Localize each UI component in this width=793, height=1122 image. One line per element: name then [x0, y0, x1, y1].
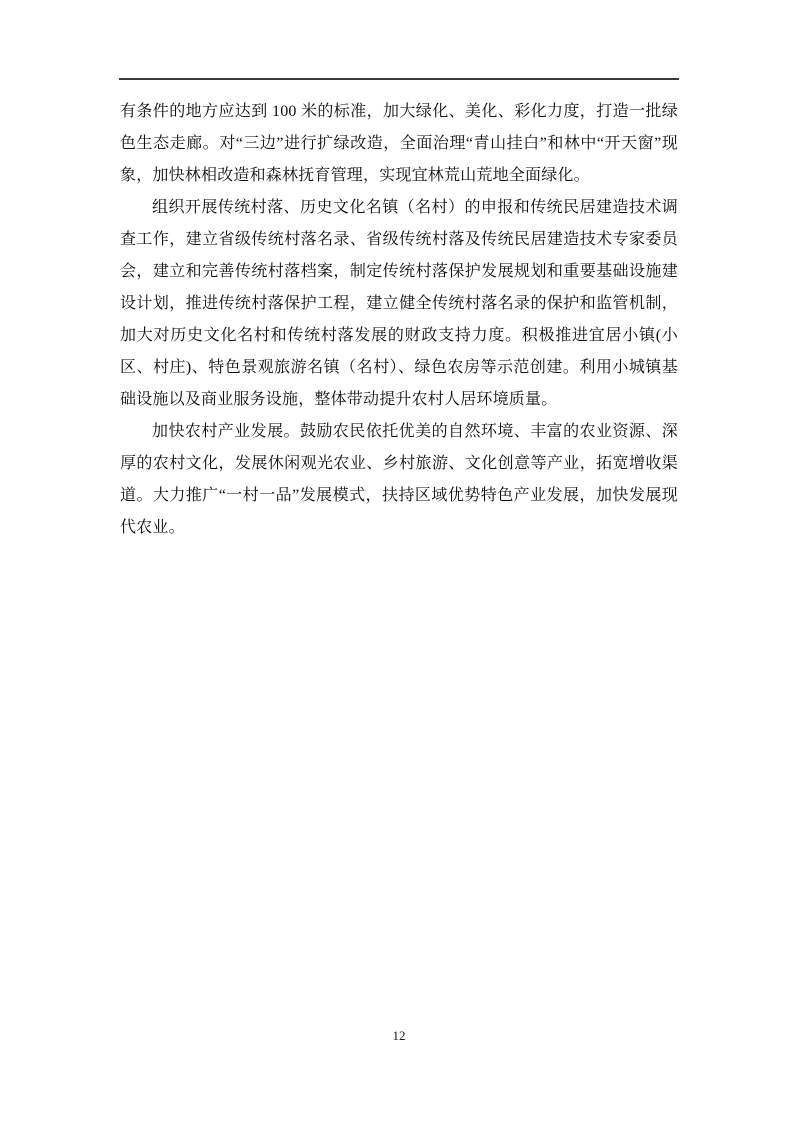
document-body: 有条件的地方应达到 100 米的标准，加大绿化、美化、彩化力度，打造一批绿色生态… — [120, 96, 678, 544]
document-page: 有条件的地方应达到 100 米的标准，加大绿化、美化、彩化力度，打造一批绿色生态… — [0, 0, 793, 1122]
page-footer: 12 — [120, 1028, 678, 1044]
page-number: 12 — [393, 1028, 406, 1043]
header-rule — [119, 78, 679, 80]
body-paragraph: 组织开展传统村落、历史文化名镇（名村）的申报和传统民居建造技术调查工作，建立省级… — [120, 192, 678, 416]
body-paragraph: 加快农村产业发展。鼓励农民依托优美的自然环境、丰富的农业资源、深厚的农村文化，发… — [120, 416, 678, 544]
body-paragraph: 有条件的地方应达到 100 米的标准，加大绿化、美化、彩化力度，打造一批绿色生态… — [120, 96, 678, 192]
